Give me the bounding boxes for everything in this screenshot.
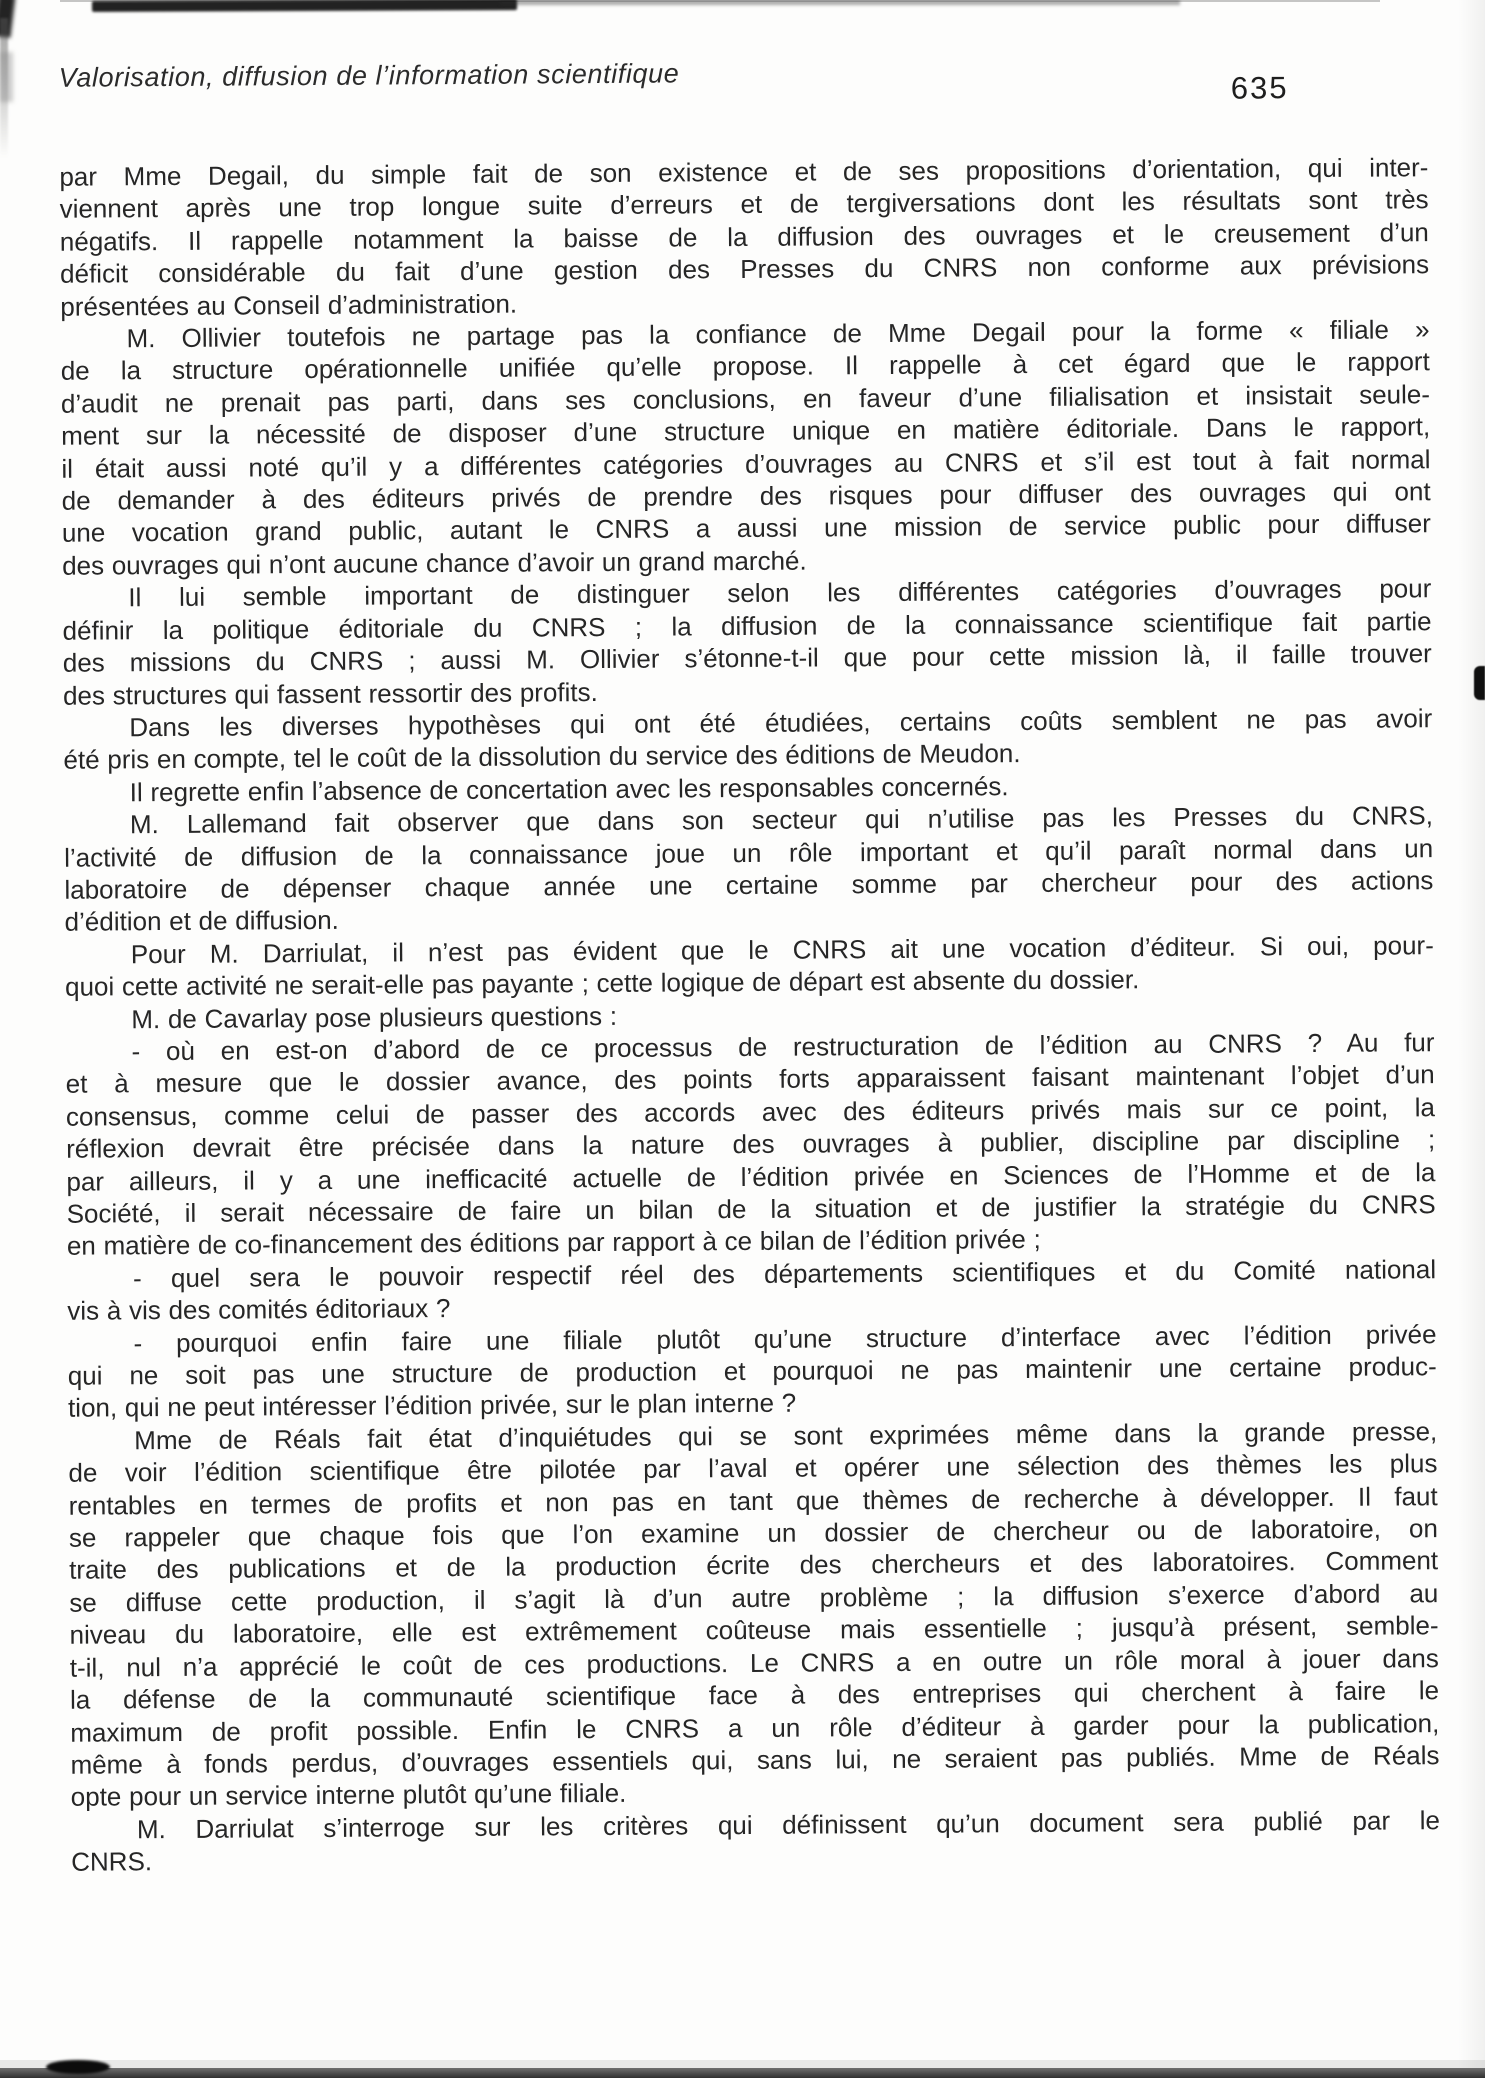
scan-rotation-wrapper: Valorisation, diffusion de l’information…	[0, 0, 1485, 2078]
document-body: par Mme Degail, du simple fait de son ex…	[59, 151, 1440, 1878]
scanned-document-page: Valorisation, diffusion de l’information…	[0, 0, 1485, 2078]
page-number: 635	[1231, 70, 1289, 106]
running-header-title: Valorisation, diffusion de l’information…	[59, 58, 680, 93]
